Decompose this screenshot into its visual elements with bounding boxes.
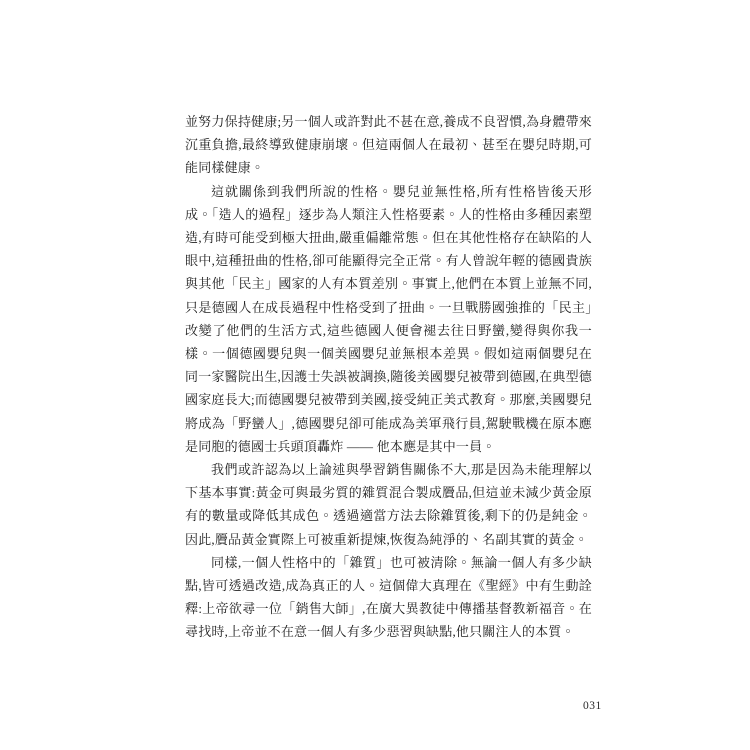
book-page: 並努力保持健康;另一個人或許對此不甚在意,養成不良習慣,為身體帶來沉重負擔,最終…: [0, 0, 750, 750]
paragraph: 這就關係到我們所說的性格。嬰兒並無性格,所有性格皆後天形成。「造人的過程」逐步為…: [185, 180, 592, 458]
paragraph: 同樣,一個人性格中的「雜質」也可被清除。無論一個人有多少缺點,皆可透過改造,成為…: [185, 551, 592, 644]
page-number: 031: [583, 700, 602, 712]
page-text-block: 並努力保持健康;另一個人或許對此不甚在意,養成不良習慣,為身體帶來沉重負擔,最終…: [185, 110, 592, 644]
paragraph: 並努力保持健康;另一個人或許對此不甚在意,養成不良習慣,為身體帶來沉重負擔,最終…: [185, 110, 592, 180]
paragraph: 我們或許認為以上論述與學習銷售關係不大,那是因為未能理解以下基本事實:黃金可與最…: [185, 458, 592, 551]
